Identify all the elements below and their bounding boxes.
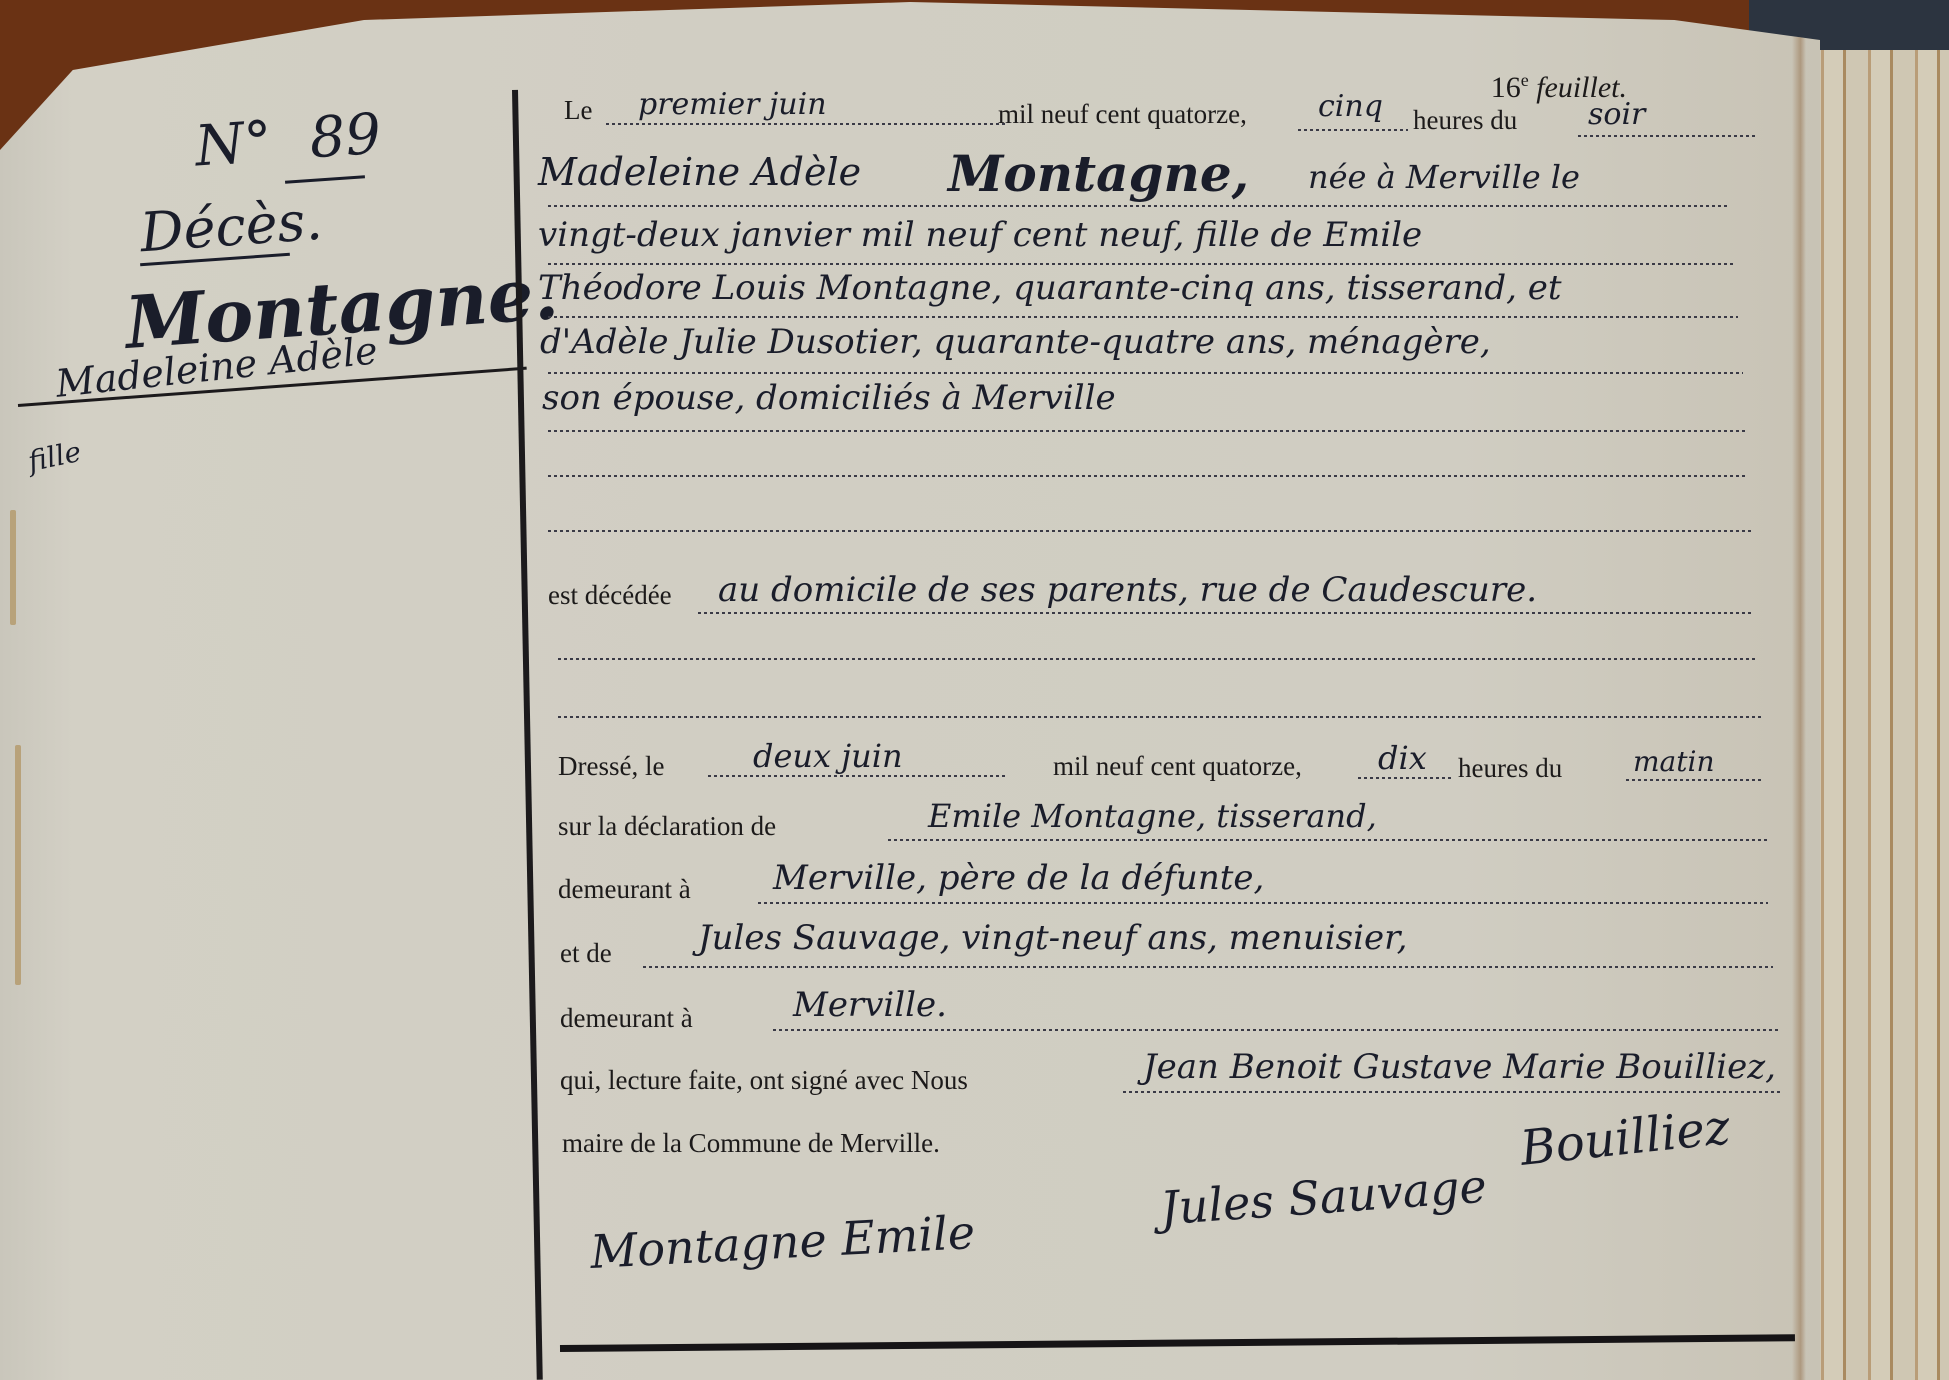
dotted-line (548, 316, 1738, 318)
death-hour: cinq (1318, 89, 1383, 124)
drawn-up-line: Dressé, le deux juin mil neuf cent quato… (548, 745, 1820, 805)
dotted-line (548, 430, 1746, 432)
dotted-line (548, 372, 1743, 374)
declarant-1: Emile Montagne, tisserand, (928, 797, 1377, 835)
page-stack-edges (1799, 50, 1949, 1380)
act-end-rule (560, 1334, 1795, 1352)
declarant-2-residence: Merville. (793, 985, 947, 1025)
printed-hours: heures du (1413, 105, 1517, 136)
drawn-date: deux juin (753, 737, 903, 775)
dotted-line (1578, 135, 1758, 137)
signed-with-line: qui, lecture faite, ont signé avec Nous … (548, 1055, 1820, 1115)
printed-et-de: et de (560, 938, 612, 969)
deceased-surname: Montagne, (948, 144, 1249, 203)
act-line-2: Madeleine Adèle Montagne, née à Merville… (548, 150, 1820, 210)
printed-demeurant: demeurant à (560, 1003, 693, 1034)
dotted-line (773, 1029, 1778, 1031)
printed-declaration: sur la déclaration de (558, 811, 776, 842)
act-line-4: Théodore Louis Montagne, quarante-cinq a… (548, 268, 1820, 328)
dotted-line (1626, 779, 1761, 781)
mother-details: d'Adèle Julie Dusotier, quarante-quatre … (540, 322, 1491, 362)
act-type: Décès. (138, 189, 324, 265)
deceased-given-names: Madeleine Adèle (538, 150, 861, 194)
printed-year: mil neuf cent quatorze, (1053, 751, 1302, 782)
dotted-line (708, 775, 1008, 777)
father-details: Théodore Louis Montagne, quarante-cinq a… (538, 268, 1562, 308)
dotted-line (1298, 129, 1408, 131)
mayor-name: Jean Benoit Gustave Marie Bouilliez, (1143, 1047, 1776, 1087)
declarant-2: Jules Sauvage, vingt-neuf ans, menuisier… (698, 918, 1407, 958)
register-page: N° 89 Décès. Montagne. Madeleine Adèle f… (0, 0, 1820, 1380)
dotted-line (758, 902, 1768, 904)
death-period: soir (1588, 97, 1645, 132)
act-number-value: 89 (307, 102, 383, 172)
printed-year: mil neuf cent quatorze, (998, 99, 1247, 130)
dotted-line (1358, 777, 1453, 779)
printed-mayor: maire de la Commune de Merville. (562, 1128, 940, 1159)
printed-est-decedee: est décédée (548, 580, 672, 611)
drawn-hour: dix (1378, 739, 1427, 777)
residence: son épouse, domiciliés à Merville (542, 378, 1116, 418)
dotted-line (558, 716, 1763, 718)
declarant-1-residence: Merville, père de la défunte, (773, 858, 1264, 898)
dotted-line (548, 530, 1753, 532)
printed-demeurant: demeurant à (558, 874, 691, 905)
death-place: au domicile de ses parents, rue de Caude… (718, 570, 1537, 610)
margin-column: N° 89 Décès. Montagne. Madeleine Adèle f… (0, 0, 525, 1380)
birth-place: née à Merville le (1308, 158, 1580, 196)
folio-suffix: e (1521, 70, 1529, 90)
dotted-line (888, 839, 1768, 841)
dotted-line (548, 263, 1733, 265)
blank-line (548, 435, 1820, 495)
signature-montagne-emile: Montagne Emile (589, 1205, 976, 1279)
dotted-line (548, 205, 1728, 207)
printed-dresse: Dressé, le (558, 751, 664, 782)
dotted-line (548, 475, 1748, 477)
margin-note: fille (25, 435, 84, 478)
act-line-5: d'Adèle Julie Dusotier, quarante-quatre … (548, 322, 1820, 382)
blank-line (548, 680, 1820, 740)
printed-hours: heures du (1458, 753, 1562, 784)
blank-line (548, 620, 1820, 680)
act-number: N° 89 (193, 102, 383, 180)
declarant-2-residence-line: demeurant à Merville. (548, 995, 1820, 1055)
printed-le: Le (564, 95, 592, 126)
act-line-3: vingt-deux janvier mil neuf cent neuf, f… (548, 215, 1820, 275)
declarant-2-line: et de Jules Sauvage, vingt-neuf ans, men… (548, 930, 1820, 990)
act-line-6: son épouse, domiciliés à Merville (548, 378, 1820, 438)
declarant-1-line: sur la déclaration de Emile Montagne, ti… (548, 805, 1820, 865)
printed-signed-with: qui, lecture faite, ont signé avec Nous (560, 1065, 968, 1096)
dotted-line (558, 658, 1758, 660)
dotted-line (606, 123, 1006, 125)
dotted-line (643, 966, 1773, 968)
dotted-line (698, 612, 1753, 614)
death-date: premier juin (638, 87, 827, 122)
divider (285, 175, 365, 184)
drawn-period: matin (1633, 745, 1714, 778)
act-number-prefix: N° (193, 109, 274, 179)
birth-date-parents: vingt-deux janvier mil neuf cent neuf, f… (538, 215, 1422, 255)
blank-line (548, 490, 1820, 550)
dotted-line (1123, 1091, 1783, 1093)
